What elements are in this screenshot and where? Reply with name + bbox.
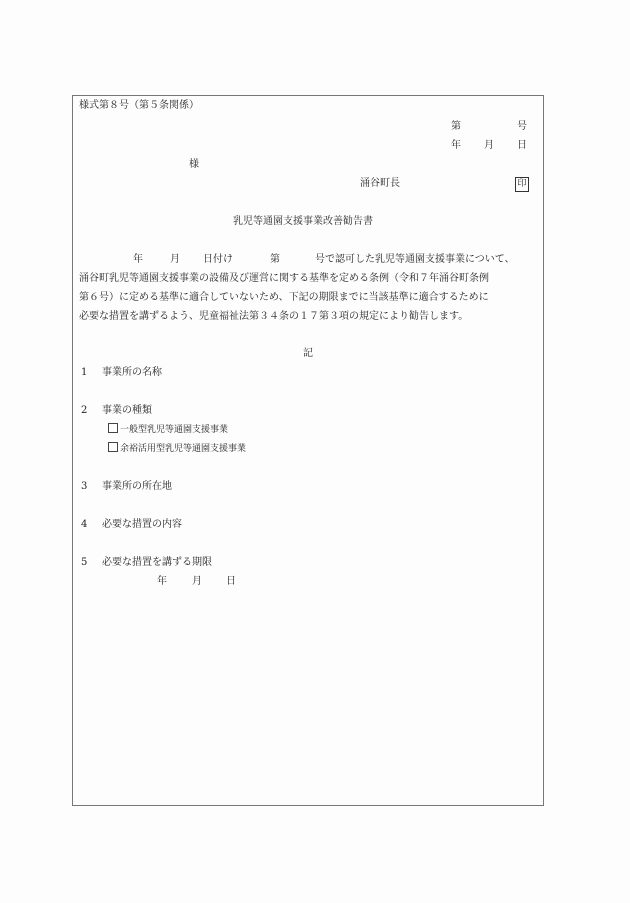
- body-day: 日付け: [203, 253, 233, 267]
- addressee-suffix: 様: [189, 158, 199, 172]
- deadline-month: 月: [192, 575, 202, 589]
- issuer: 涌谷町長: [360, 177, 400, 191]
- number-suffix: 号: [517, 120, 527, 134]
- date-month: 月: [484, 139, 494, 153]
- body-month: 月: [170, 253, 180, 267]
- body-line2: 涌谷町乳児等通園支援事業の設備及び運営に関する基準を定める条例（令和７年涌谷町条…: [79, 272, 489, 286]
- item-5-num: 5: [81, 556, 87, 570]
- checkbox-surplus[interactable]: [108, 442, 118, 452]
- seal-mark: 印: [515, 177, 529, 192]
- item-5-label: 必要な措置を講ずる期限: [102, 556, 212, 570]
- deadline-year: 年: [157, 575, 167, 589]
- item-3-label: 事業所の所在地: [102, 480, 172, 494]
- checkbox-general[interactable]: [108, 423, 118, 433]
- body-line3: 第６号）に定める基準に適合していないため、下記の期限までに当該基準に適合するため…: [79, 291, 489, 305]
- option-general[interactable]: 一般型乳児等通園支援事業: [108, 423, 228, 437]
- date-year: 年: [451, 139, 461, 153]
- number-prefix: 第: [451, 120, 461, 134]
- form-label: 様式第８号（第５条関係）: [79, 99, 199, 113]
- item-2-num: 2: [81, 404, 87, 418]
- body-no: 第: [270, 253, 280, 267]
- item-4-num: 4: [81, 518, 87, 532]
- body-year: 年: [133, 253, 143, 267]
- item-4-label: 必要な措置の内容: [102, 518, 182, 532]
- body-line4: 必要な措置を講ずるよう、児童福祉法第３４条の１７第３項の規定により勧告します。: [79, 310, 468, 324]
- item-3-num: 3: [81, 480, 87, 494]
- option-surplus[interactable]: 余裕活用型乳児等通園支援事業: [108, 442, 246, 456]
- item-2-label: 事業の種類: [102, 404, 152, 418]
- body-line1-rest: 号で認可した乳児等通園支援事業について、: [315, 253, 515, 267]
- ki-heading: 記: [303, 347, 313, 361]
- deadline-day: 日: [226, 575, 236, 589]
- item-1-num: 1: [81, 366, 87, 380]
- date-day: 日: [517, 139, 527, 153]
- item-1-label: 事業所の名称: [102, 366, 162, 380]
- document-title: 乳児等通園支援事業改善勧告書: [233, 215, 373, 229]
